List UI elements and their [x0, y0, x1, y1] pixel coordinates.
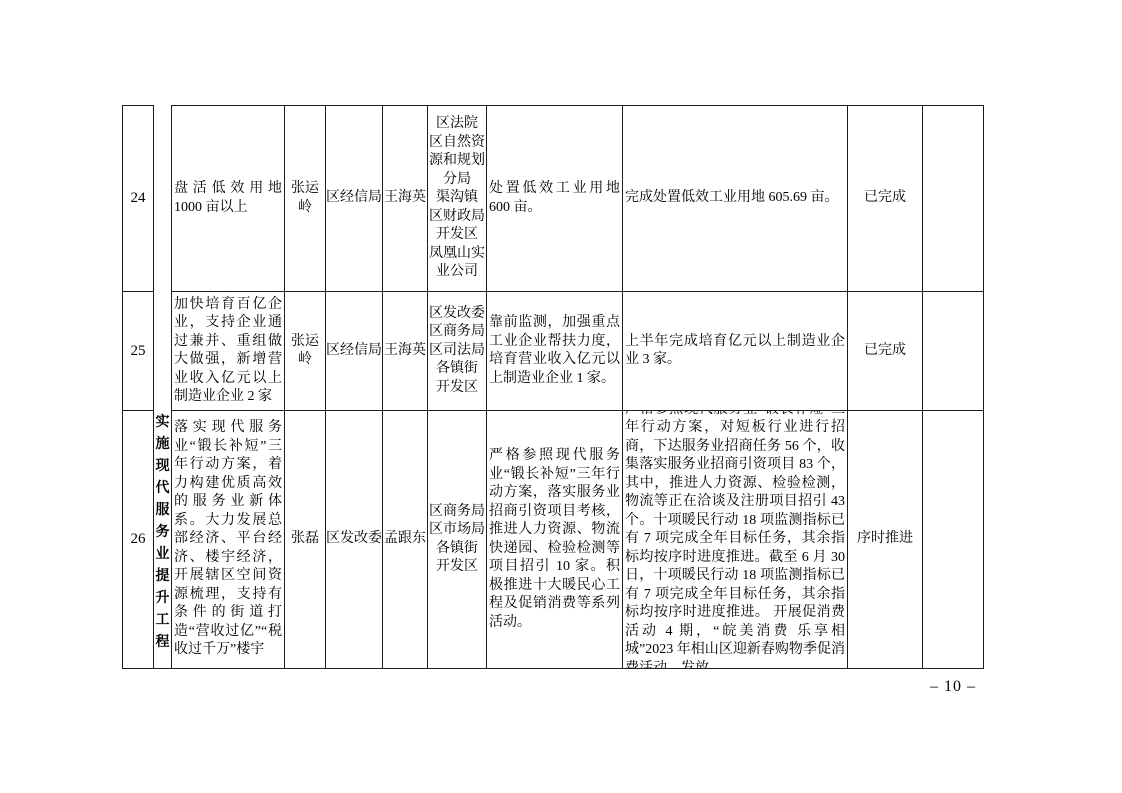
- progress-cell: 严格参照现代服务业“锻长补短”三年行动方案，对短板行业进行招商，下达服务业招商任…: [623, 411, 848, 669]
- note-cell: [923, 292, 984, 411]
- coop-units-cell: 区商务局 区市场局 各镇街 开发区: [428, 411, 487, 669]
- status-cell: 序时推进: [848, 411, 923, 669]
- coop-units-cell: 区发改委 区商务局 区司法局 各镇街 开发区: [428, 292, 487, 411]
- target-cell: 严格参照现代服务业“锻长补短”三年行动方案，落实服务业招商引资项目考核，推进人力…: [487, 411, 623, 669]
- document-page: 实施现代服务业提升工程 24 盘活低效用地 1000 亩以上 张运岭 区经信局 …: [0, 0, 1122, 793]
- task-cell: 加快培育百亿企业，支持企业通过兼并、重组做大做强，新增营业收入亿元以上制造业企业…: [172, 292, 285, 411]
- progress-cell: 上半年完成培育亿元以上制造业企业 3 家。: [623, 292, 848, 411]
- category-label: 实施现代服务业提升工程: [155, 410, 170, 652]
- target-text: 严格参照现代服务业“锻长补短”三年行动方案，落实服务业招商引资项目考核，推进人力…: [489, 447, 620, 632]
- note-cell: [923, 105, 984, 292]
- target-cell: 处置低效工业用地 600 亩。: [487, 105, 623, 292]
- task-cell: 落实现代服务业“锻长补短”三年行动方案，着力构建优质高效的服务业新体系。大力发展…: [172, 411, 285, 669]
- leader-cell: 张磊: [285, 411, 326, 669]
- task-text: 盘活低效用地 1000 亩以上: [174, 180, 282, 217]
- progress-cell: 完成处置低效工业用地 605.69 亩。: [623, 105, 848, 292]
- target-text: 处置低效工业用地 600 亩。: [489, 180, 620, 217]
- task-text: 加快培育百亿企业，支持企业通过兼并、重组做大做强，新增营业收入亿元以上制造业企业…: [174, 296, 282, 407]
- seq-cell: 26: [122, 411, 154, 669]
- progress-text: 上半年完成培育亿元以上制造业企业 3 家。: [625, 333, 845, 370]
- leader-cell: 张运岭: [285, 105, 326, 292]
- status-cell: 已完成: [848, 105, 923, 292]
- task-text: 落实现代服务业“锻长补短”三年行动方案，着力构建优质高效的服务业新体系。大力发展…: [174, 419, 282, 660]
- page-number: – 10 –: [918, 678, 988, 696]
- lead-unit-cell: 区发改委: [326, 411, 383, 669]
- person-cell: 孟跟东: [383, 411, 428, 669]
- coop-units-cell: 区法院 区自然资源和规划分局 渠沟镇 区财政局 开发区 凤凰山实业公司: [428, 105, 487, 292]
- target-text: 靠前监测，加强重点工业企业帮扶力度，培育营业收入亿元以上制造业企业 1 家。: [489, 314, 620, 388]
- lead-unit-cell: 区经信局: [326, 105, 383, 292]
- progress-table: 实施现代服务业提升工程 24 盘活低效用地 1000 亩以上 张运岭 区经信局 …: [122, 105, 984, 669]
- progress-text: 完成处置低效工业用地 605.69 亩。: [625, 189, 845, 208]
- person-cell: 王海英: [383, 292, 428, 411]
- target-cell: 靠前监测，加强重点工业企业帮扶力度，培育营业收入亿元以上制造业企业 1 家。: [487, 292, 623, 411]
- seq-cell: 25: [122, 292, 154, 411]
- leader-cell: 张运岭: [285, 292, 326, 411]
- lead-unit-cell: 区经信局: [326, 292, 383, 411]
- seq-cell: 24: [122, 105, 154, 292]
- status-cell: 已完成: [848, 292, 923, 411]
- progress-text: 严格参照现代服务业“锻长补短”三年行动方案，对短板行业进行招商，下达服务业招商任…: [625, 411, 845, 669]
- note-cell: [923, 411, 984, 669]
- category-cell: 实施现代服务业提升工程: [154, 105, 172, 669]
- task-cell: 盘活低效用地 1000 亩以上: [172, 105, 285, 292]
- person-cell: 王海英: [383, 105, 428, 292]
